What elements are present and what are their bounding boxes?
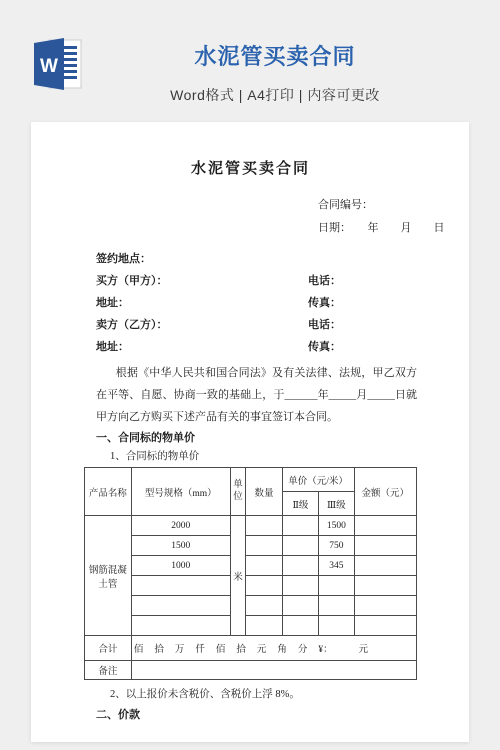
qty-cell <box>246 616 282 636</box>
grade2-cell <box>282 536 318 556</box>
seller-fax-label: 传真： <box>308 336 341 358</box>
seller-label: 卖方（乙方）： <box>96 314 308 336</box>
seller-phone-label: 电话： <box>308 314 341 336</box>
buyer-phone-label: 电话： <box>308 270 341 292</box>
buyer-address-label: 地址： <box>96 292 308 314</box>
section-1-item-1: 1、合同标的物单价 <box>110 448 417 465</box>
amount-cell <box>354 516 416 536</box>
unit-cell: 米 <box>230 516 246 636</box>
table-row <box>85 616 417 636</box>
section-1-heading: 一、合同标的物单价 <box>96 430 417 447</box>
sign-place-label: 签约地点： <box>96 248 308 270</box>
grade2-cell <box>282 616 318 636</box>
seller-row: 卖方（乙方）： 电话： <box>96 314 417 336</box>
total-suffix-text: 元 <box>359 645 369 655</box>
qty-cell <box>246 596 282 616</box>
page-subtitle: Word格式 | A4打印 | 内容可更改 <box>60 85 490 105</box>
amount-cell <box>354 576 416 596</box>
grade3-cell: 750 <box>319 536 354 556</box>
section-2-heading: 二、价款 <box>96 707 417 724</box>
grade2-cell <box>282 596 318 616</box>
section-1-item-2: 2、以上报价未含税价、含税价上浮 8%。 <box>110 686 417 703</box>
total-row: 合计 佰拾万仟佰拾元角分¥：元 <box>85 636 417 661</box>
col-header-grade3: Ⅲ级 <box>319 492 354 516</box>
grade2-cell <box>282 556 318 576</box>
col-header-spec: 型号规格（mm） <box>131 468 230 516</box>
spec-cell: 1500 <box>131 536 230 556</box>
col-header-grade2: Ⅱ级 <box>282 492 318 516</box>
contract-preamble: 根据《中华人民共和国合同法》及有关法律、法规，甲乙双方在平等、自愿、协商一致的基… <box>96 362 417 428</box>
remark-row: 备注 <box>85 661 417 680</box>
document-preview: 水泥管买卖合同 合同编号： 日期： 年 月 日 签约地点： 买方（甲方）： 电话… <box>31 122 469 742</box>
buyer-row: 买方（甲方）： 电话： <box>96 270 417 292</box>
col-header-qty: 数量 <box>246 468 282 516</box>
table-row: 钢筋混凝土管 2000 米 1500 <box>85 516 417 536</box>
contract-date-label: 日期： 年 月 日 <box>318 217 417 240</box>
buyer-fax-label: 传真： <box>308 292 341 314</box>
grade2-cell <box>282 576 318 596</box>
seller-address-label: 地址： <box>96 336 308 358</box>
spec-cell <box>131 616 230 636</box>
spec-cell <box>131 596 230 616</box>
unit-price-table: 产品名称 型号规格（mm） 单位 数量 单价（元/米） 金额（元） Ⅱ级 Ⅲ级 … <box>84 467 417 680</box>
table-row <box>85 596 417 616</box>
page-title: 水泥管买卖合同 <box>60 40 490 71</box>
table-row: 1500 750 <box>85 536 417 556</box>
amount-cell <box>354 596 416 616</box>
contract-meta: 合同编号： 日期： 年 月 日 <box>318 194 417 240</box>
grade2-cell <box>282 516 318 536</box>
grade3-cell: 345 <box>319 556 354 576</box>
seller-address-row: 地址： 传真： <box>96 336 417 358</box>
product-name-cell: 钢筋混凝土管 <box>85 516 132 636</box>
grade3-cell <box>319 596 354 616</box>
grade3-cell <box>319 616 354 636</box>
page-header: W 水泥管买卖合同 Word格式 | A4打印 | 内容可更改 <box>0 0 500 122</box>
total-label-cell: 合计 <box>85 636 132 661</box>
total-amount-cell: 佰拾万仟佰拾元角分¥：元 <box>131 636 416 661</box>
qty-cell <box>246 536 282 556</box>
total-currency-text: ¥： <box>318 645 332 655</box>
total-units-text: 佰拾万仟佰拾元角分 <box>134 645 319 655</box>
remark-label-cell: 备注 <box>85 661 132 680</box>
document-title: 水泥管买卖合同 <box>84 158 417 180</box>
buyer-label: 买方（甲方）： <box>96 270 308 292</box>
svg-text:W: W <box>40 56 58 77</box>
col-header-product: 产品名称 <box>85 468 132 516</box>
amount-cell <box>354 536 416 556</box>
spec-cell: 1000 <box>131 556 230 576</box>
parties-block: 签约地点： 买方（甲方）： 电话： 地址： 传真： 卖方（乙方）： 电话： 地址… <box>96 248 417 358</box>
table-row <box>85 576 417 596</box>
sign-place-row: 签约地点： <box>96 248 417 270</box>
qty-cell <box>246 556 282 576</box>
col-header-unit: 单位 <box>230 468 246 516</box>
amount-cell <box>354 616 416 636</box>
col-header-unit-price: 单价（元/米） <box>282 468 354 492</box>
amount-cell <box>354 556 416 576</box>
remark-value-cell <box>131 661 416 680</box>
contract-number-label: 合同编号： <box>318 194 417 217</box>
grade3-cell: 1500 <box>319 516 354 536</box>
table-row: 1000 345 <box>85 556 417 576</box>
grade3-cell <box>319 576 354 596</box>
qty-cell <box>246 516 282 536</box>
spec-cell <box>131 576 230 596</box>
spec-cell: 2000 <box>131 516 230 536</box>
col-header-amount: 金额（元） <box>354 468 416 516</box>
qty-cell <box>246 576 282 596</box>
buyer-address-row: 地址： 传真： <box>96 292 417 314</box>
